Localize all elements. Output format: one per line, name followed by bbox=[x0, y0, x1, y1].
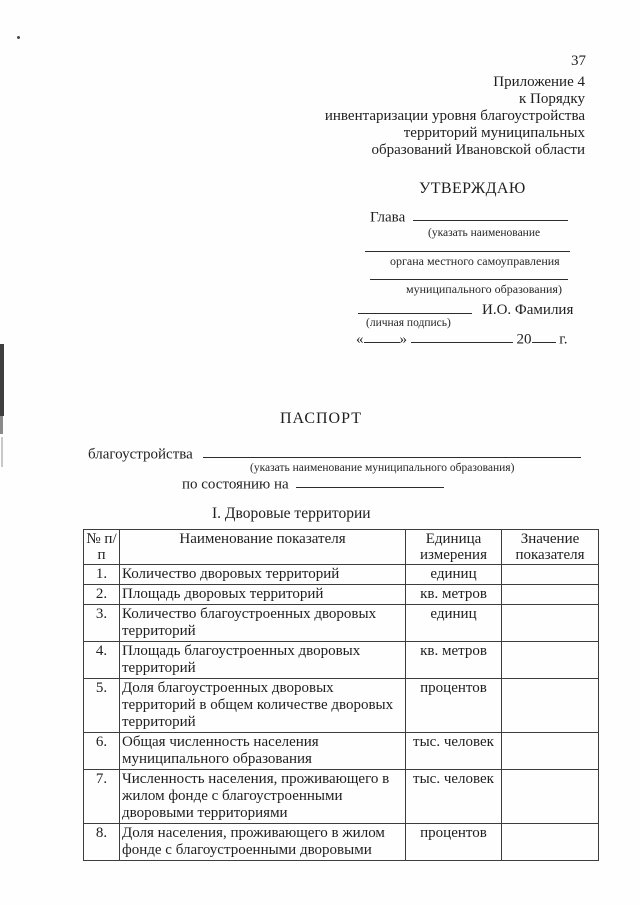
cell-num: 6. bbox=[84, 733, 120, 770]
table-row: 5. Доля благоустроенных дворовых террито… bbox=[84, 679, 599, 733]
cell-name: Доля благоустроенных дворовых территорий… bbox=[120, 679, 406, 733]
passport-subject-label: благоустройства bbox=[88, 446, 193, 462]
cell-num: 7. bbox=[84, 770, 120, 824]
appendix-header-line: образований Ивановской области bbox=[325, 142, 585, 159]
appendix-header-line: инвентаризации уровня благоустройства bbox=[325, 108, 585, 125]
table-row: 7. Численность населения, проживающего в… bbox=[84, 770, 599, 824]
signature-fill-in-blank bbox=[358, 302, 472, 314]
table-row: 8. Доля населения, проживающего в жилом … bbox=[84, 824, 599, 861]
appendix-header-line: территорий муниципальных bbox=[325, 125, 585, 142]
cell-unit: процентов bbox=[406, 679, 502, 733]
cell-num: 8. bbox=[84, 824, 120, 861]
table-header-row: № п/п Наименование показателя Единица из… bbox=[84, 530, 599, 565]
signature-name: И.О. Фамилия bbox=[482, 302, 573, 319]
cell-name: Доля населения, проживающего в жилом фон… bbox=[120, 824, 406, 861]
table-row: 6. Общая численность населения муниципал… bbox=[84, 733, 599, 770]
document-page: 37 Приложение 4 к Порядку инвентаризации… bbox=[0, 0, 640, 905]
header-num: № п/п bbox=[84, 530, 120, 565]
cell-unit: процентов bbox=[406, 824, 502, 861]
table-row: 1. Количество дворовых территорий единиц bbox=[84, 565, 599, 585]
appendix-header: Приложение 4 к Порядку инвентаризации ур… bbox=[325, 74, 585, 159]
appendix-header-line: к Порядку bbox=[325, 91, 585, 108]
section-title: I. Дворовые территории bbox=[212, 505, 371, 523]
scan-edge-artifact bbox=[1, 437, 3, 467]
cell-num: 2. bbox=[84, 585, 120, 605]
cell-unit: единиц bbox=[406, 565, 502, 585]
as-of-label: по состоянию на bbox=[182, 476, 289, 492]
page-number: 37 bbox=[556, 53, 586, 70]
cell-value bbox=[502, 605, 599, 642]
org-fill-in-blank bbox=[365, 240, 570, 252]
cell-unit: тыс. человек bbox=[406, 733, 502, 770]
header-value: Значение показателя bbox=[502, 530, 599, 565]
year-suffix: г. bbox=[559, 331, 567, 347]
subject-fill-in-blank bbox=[203, 444, 581, 458]
glava-caption-3: муниципального образования) bbox=[406, 283, 562, 296]
scan-dot-artifact bbox=[17, 36, 20, 39]
as-of-line: по состоянию на bbox=[182, 474, 444, 493]
cell-unit: кв. метров bbox=[406, 585, 502, 605]
cell-value bbox=[502, 679, 599, 733]
indicators-table: № п/п Наименование показателя Единица из… bbox=[83, 529, 599, 861]
cell-num: 5. bbox=[84, 679, 120, 733]
cell-unit: единиц bbox=[406, 605, 502, 642]
table-row: 2. Площадь дворовых территорий кв. метро… bbox=[84, 585, 599, 605]
cell-num: 4. bbox=[84, 642, 120, 679]
cell-unit: кв. метров bbox=[406, 642, 502, 679]
as-of-fill-in-blank bbox=[296, 474, 444, 488]
open-quote: « bbox=[356, 331, 364, 347]
cell-name: Общая численность населения муниципально… bbox=[120, 733, 406, 770]
passport-title: ПАСПОРТ bbox=[280, 410, 362, 428]
cell-num: 1. bbox=[84, 565, 120, 585]
scan-edge-artifact bbox=[0, 416, 3, 434]
month-fill-in-blank bbox=[411, 329, 513, 343]
cell-name: Количество благоустроенных дворовых терр… bbox=[120, 605, 406, 642]
year-prefix: 20 bbox=[517, 331, 532, 347]
glava-line: Глава bbox=[370, 207, 568, 226]
table-row: 3. Количество благоустроенных дворовых т… bbox=[84, 605, 599, 642]
day-fill-in-blank bbox=[364, 329, 400, 343]
close-quote: » bbox=[400, 331, 408, 347]
approve-title: УТВЕРЖДАЮ bbox=[419, 180, 526, 198]
glava-label: Глава bbox=[370, 209, 405, 225]
scan-edge-artifact bbox=[0, 344, 4, 416]
table-row: 4. Площадь благоустроенных дворовых терр… bbox=[84, 642, 599, 679]
cell-name: Численность населения, проживающего в жи… bbox=[120, 770, 406, 824]
cell-value bbox=[502, 824, 599, 861]
cell-unit: тыс. человек bbox=[406, 770, 502, 824]
cell-name: Площадь дворовых территорий bbox=[120, 585, 406, 605]
glava-fill-in-blank bbox=[413, 207, 568, 221]
date-line: «» 20 г. bbox=[356, 329, 567, 348]
cell-name: Количество дворовых территорий bbox=[120, 565, 406, 585]
cell-name: Площадь благоустроенных дворовых террито… bbox=[120, 642, 406, 679]
header-name: Наименование показателя bbox=[120, 530, 406, 565]
cell-value bbox=[502, 585, 599, 605]
municipality-fill-in-blank bbox=[370, 268, 568, 280]
appendix-header-line: Приложение 4 bbox=[325, 74, 585, 91]
cell-value bbox=[502, 770, 599, 824]
cell-value bbox=[502, 733, 599, 770]
glava-caption-1: (указать наименование bbox=[428, 227, 540, 240]
cell-num: 3. bbox=[84, 605, 120, 642]
year-fill-in-blank bbox=[532, 329, 556, 343]
cell-value bbox=[502, 642, 599, 679]
passport-subject-line: благоустройства bbox=[88, 444, 581, 463]
glava-caption-2: органа местного самоуправления bbox=[390, 255, 560, 268]
cell-value bbox=[502, 565, 599, 585]
header-unit: Единица измерения bbox=[406, 530, 502, 565]
